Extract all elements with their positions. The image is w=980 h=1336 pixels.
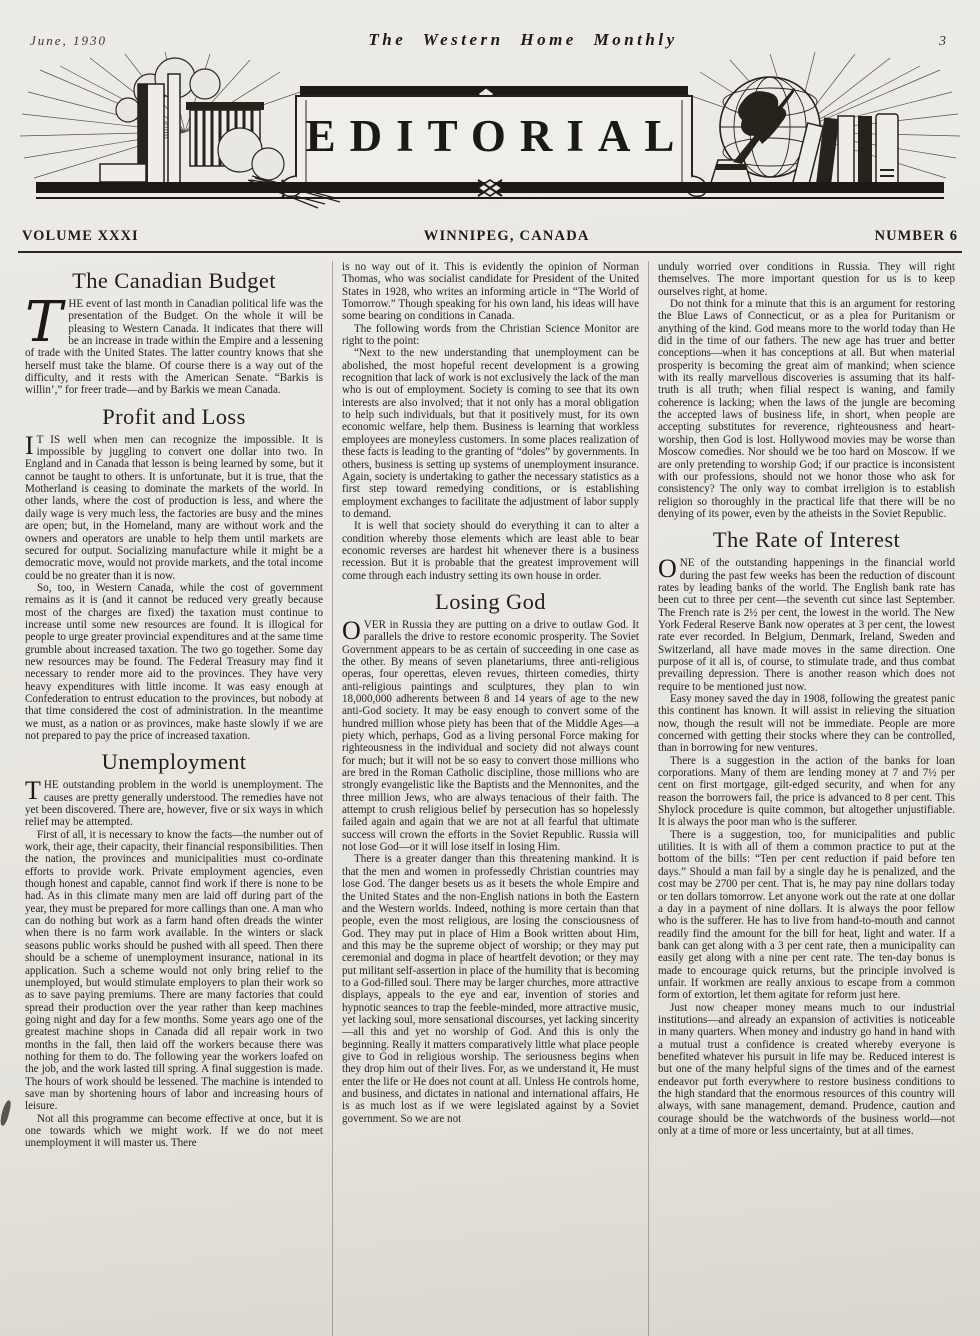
section-heading: Profit and Loss (25, 404, 323, 430)
paragraph: Easy money saved the day in 1908, follow… (658, 693, 955, 755)
paragraph: First of all, it is necessary to know th… (25, 829, 323, 1113)
paragraph: unduly worried over conditions in Russia… (658, 261, 955, 298)
paragraph: So, too, in Western Canada, while the co… (25, 582, 323, 742)
city-label: WINNIPEG, CANADA (424, 228, 590, 245)
study-illustration (710, 77, 898, 187)
paragraph: ONE of the outstanding happenings in the… (658, 557, 955, 693)
column-1: The Canadian BudgetTHE event of last mon… (16, 261, 332, 1336)
page-number: 3 (939, 34, 946, 50)
paragraph: THE outstanding problem in the world is … (25, 779, 323, 828)
paragraph: OVER in Russia they are putting on a dri… (342, 619, 639, 854)
paragraph: The following words from the Christian S… (342, 323, 639, 348)
paragraph: It is well that society should do everyt… (342, 520, 639, 582)
paragraph: “Next to the new understanding that unem… (342, 347, 639, 520)
section-heading: The Canadian Budget (25, 268, 323, 294)
dropcap-letter: T (25, 780, 41, 802)
paragraph-text: HE event of last month in Canadian polit… (25, 298, 323, 396)
editorial-banner: EDITORIAL (0, 52, 980, 220)
section-heading: Losing God (342, 589, 639, 615)
paragraph: Not all this programme can become effect… (25, 1113, 323, 1150)
paragraph: There is a greater danger than this thre… (342, 853, 639, 1125)
dropcap-letter: I (25, 435, 34, 457)
number-label: NUMBER 6 (875, 228, 958, 245)
paragraph: is no way out of it. This is evidently t… (342, 261, 639, 323)
books-icon (793, 114, 898, 187)
paragraph-text: T IS well when men can recognize the imp… (25, 434, 323, 582)
magazine-page: June, 1930 The Western Home Monthly 3 (0, 0, 980, 1336)
column-2: is no way out of it. This is evidently t… (332, 261, 648, 1336)
paragraph-text: VER in Russia they are putting on a driv… (342, 619, 639, 853)
paragraph: There is a suggestion, too, for municipa… (658, 829, 955, 1002)
section-heading: Unemployment (25, 749, 323, 775)
article-columns: The Canadian BudgetTHE event of last mon… (0, 253, 980, 1336)
issue-date: June, 1930 (30, 33, 107, 49)
section-heading: The Rate of Interest (658, 527, 955, 553)
paragraph-text: HE outstanding problem in the world is u… (25, 779, 323, 828)
dropcap-letter: O (658, 558, 677, 580)
paragraph: Do not think for a minute that this is a… (658, 298, 955, 520)
magazine-title: The Western Home Monthly (368, 30, 677, 50)
paragraph: Just now cheaper money means much to our… (658, 1002, 955, 1138)
column-3: unduly worried over conditions in Russia… (648, 261, 964, 1336)
paragraph: THE event of last month in Canadian poli… (25, 298, 323, 397)
dropcap-letter: O (342, 620, 361, 642)
editorial-title: EDITORIAL (292, 110, 689, 162)
masthead: June, 1930 The Western Home Monthly 3 (0, 0, 980, 50)
volume-row: VOLUME XXXI WINNIPEG, CANADA NUMBER 6 (0, 220, 980, 251)
dropcap-letter: T (25, 301, 62, 345)
paragraph-text: NE of the outstanding happenings in the … (658, 557, 955, 692)
paragraph: There is a suggestion in the action of t… (658, 755, 955, 829)
paragraph: IT IS well when men can recognize the im… (25, 434, 323, 582)
volume-label: VOLUME XXXI (22, 228, 139, 245)
